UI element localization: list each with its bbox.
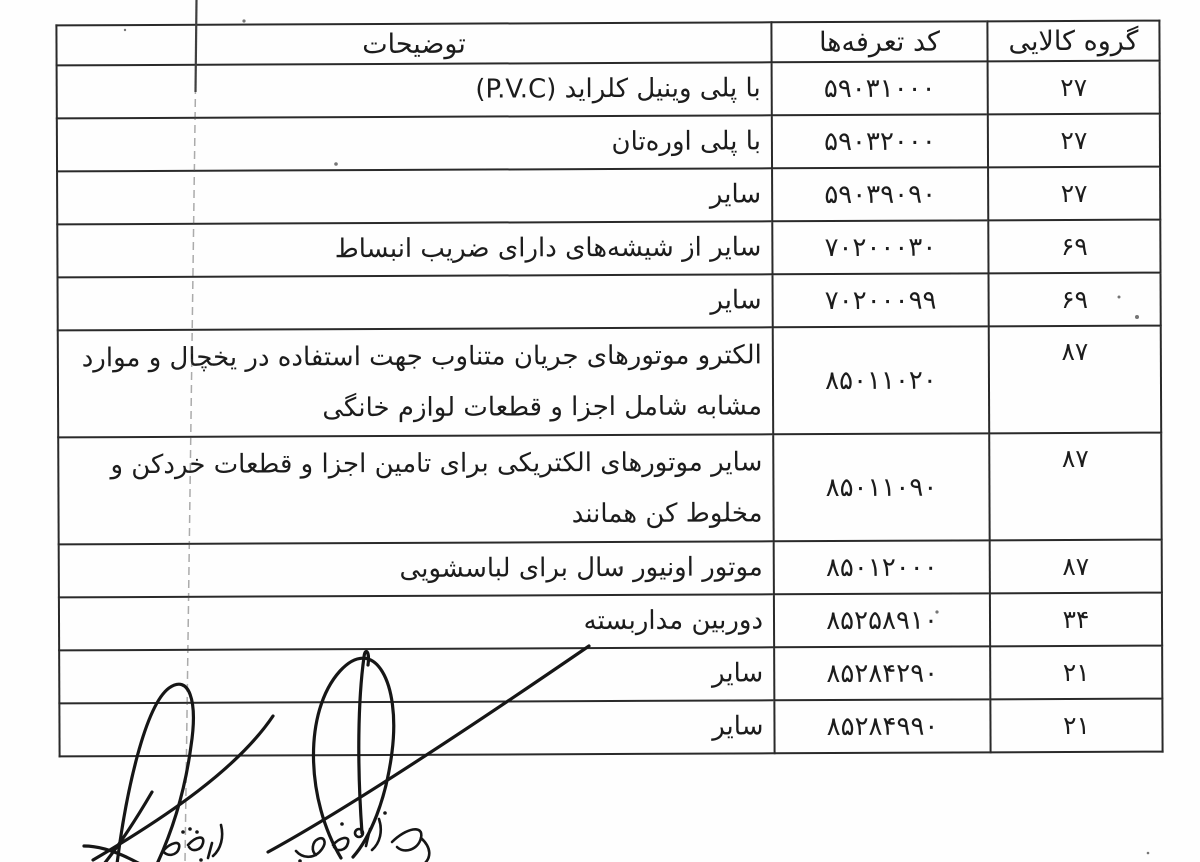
description-value: با پلی اوره‌تان — [57, 115, 772, 171]
goods-group-value: ۲۷ — [988, 167, 1160, 221]
table-row: ۶۹ ۷۰۲۰۰۰۳۰ سایر از شیشه‌های دارای ضریب … — [57, 220, 1160, 278]
table-row: ۸۷ ۸۵۰۱۱۰۹۰ سایر موتورهای الکتریکی برای … — [58, 433, 1161, 545]
description-value: با پلی وینیل کلراید (P.V.C) — [57, 62, 772, 118]
table-row: ۶۹ ۷۰۲۰۰۰۹۹ سایر — [58, 273, 1161, 331]
header-description: توضیحات — [56, 22, 771, 65]
tariff-code-value: ۸۵۲۸۴۹۹۰ — [774, 699, 990, 753]
goods-group-value: ۳۴ — [990, 593, 1162, 647]
tariff-code-value: ۷۰۲۰۰۰۳۰ — [772, 220, 988, 274]
table-row: ۲۱ ۸۵۲۸۴۹۹۰ سایر — [59, 699, 1162, 757]
goods-group-value: ۶۹ — [988, 220, 1160, 274]
signature-right-handwriting — [296, 819, 429, 862]
description-value: سایر موتورهای الکتریکی برای تامین اجزا و… — [58, 434, 773, 544]
goods-group-value: ۸۷ — [990, 540, 1162, 594]
table-row: ۲۷ ۵۹۰۳۱۰۰۰ با پلی وینیل کلراید (P.V.C) — [57, 61, 1160, 119]
goods-group-value: ۲۷ — [988, 61, 1160, 115]
goods-group-value: ۸۷ — [989, 433, 1161, 541]
table-header-row: گروه کالایی کد تعرفه‌ها توضیحات — [56, 21, 1159, 66]
goods-group-value: ۶۹ — [989, 273, 1161, 327]
table-row: ۲۷ ۵۹۰۳۲۰۰۰ با پلی اوره‌تان — [57, 114, 1160, 172]
description-value: سایر از شیشه‌های دارای ضریب انبساط — [57, 221, 772, 277]
tariff-code-value: ۵۹۰۳۱۰۰۰ — [772, 61, 988, 115]
tariff-code-value: ۸۵۰۱۱۰۲۰ — [773, 326, 989, 434]
goods-group-value: ۲۱ — [990, 646, 1162, 700]
goods-group-value: ۲۱ — [990, 699, 1162, 753]
description-value: سایر — [59, 647, 774, 703]
description-value: سایر — [58, 274, 773, 330]
description-value: دوربین مداربسته — [59, 594, 774, 650]
goods-group-value: ۲۷ — [988, 114, 1160, 168]
description-value: سایر — [59, 700, 774, 756]
header-goods-group: گروه کالایی — [987, 21, 1159, 62]
tariff-code-value: ۸۵۲۵۸۹۱۰ — [774, 593, 990, 647]
tariff-code-value: ۸۵۰۱۱۰۹۰ — [773, 433, 989, 541]
description-value: سایر — [57, 168, 772, 224]
tariff-code-value: ۷۰۲۰۰۰۹۹ — [773, 273, 989, 327]
tariff-table: گروه کالایی کد تعرفه‌ها توضیحات ۲۷ ۵۹۰۳۱… — [55, 20, 1163, 758]
description-value: موتور اونیور سال برای لباسشویی — [59, 541, 774, 597]
table-row: ۲۱ ۸۵۲۸۴۲۹۰ سایر — [59, 646, 1162, 704]
tariff-code-value: ۵۹۰۳۲۰۰۰ — [772, 114, 988, 168]
tariff-code-value: ۸۵۰۱۲۰۰۰ — [774, 540, 990, 594]
table-row: ۸۷ ۸۵۰۱۱۰۲۰ الکترو موتورهای جریان متناوب… — [58, 326, 1161, 438]
description-value: الکترو موتورهای جریان متناوب جهت استفاده… — [58, 327, 773, 437]
table-row: ۸۷ ۸۵۰۱۲۰۰۰ موتور اونیور سال برای لباسشو… — [59, 540, 1162, 598]
signature-left-handwriting — [163, 825, 222, 858]
header-tariff-code: کد تعرفه‌ها — [771, 21, 987, 62]
tariff-code-value: ۸۵۲۸۴۲۹۰ — [774, 646, 990, 700]
table-row: ۳۴ ۸۵۲۵۸۹۱۰ دوربین مداربسته — [59, 593, 1162, 651]
goods-group-value: ۸۷ — [989, 326, 1161, 434]
scanned-document-page: گروه کالایی کد تعرفه‌ها توضیحات ۲۷ ۵۹۰۳۱… — [0, 0, 1200, 862]
table-row: ۲۷ ۵۹۰۳۹۰۹۰ سایر — [57, 167, 1160, 225]
tariff-code-value: ۵۹۰۳۹۰۹۰ — [772, 167, 988, 221]
